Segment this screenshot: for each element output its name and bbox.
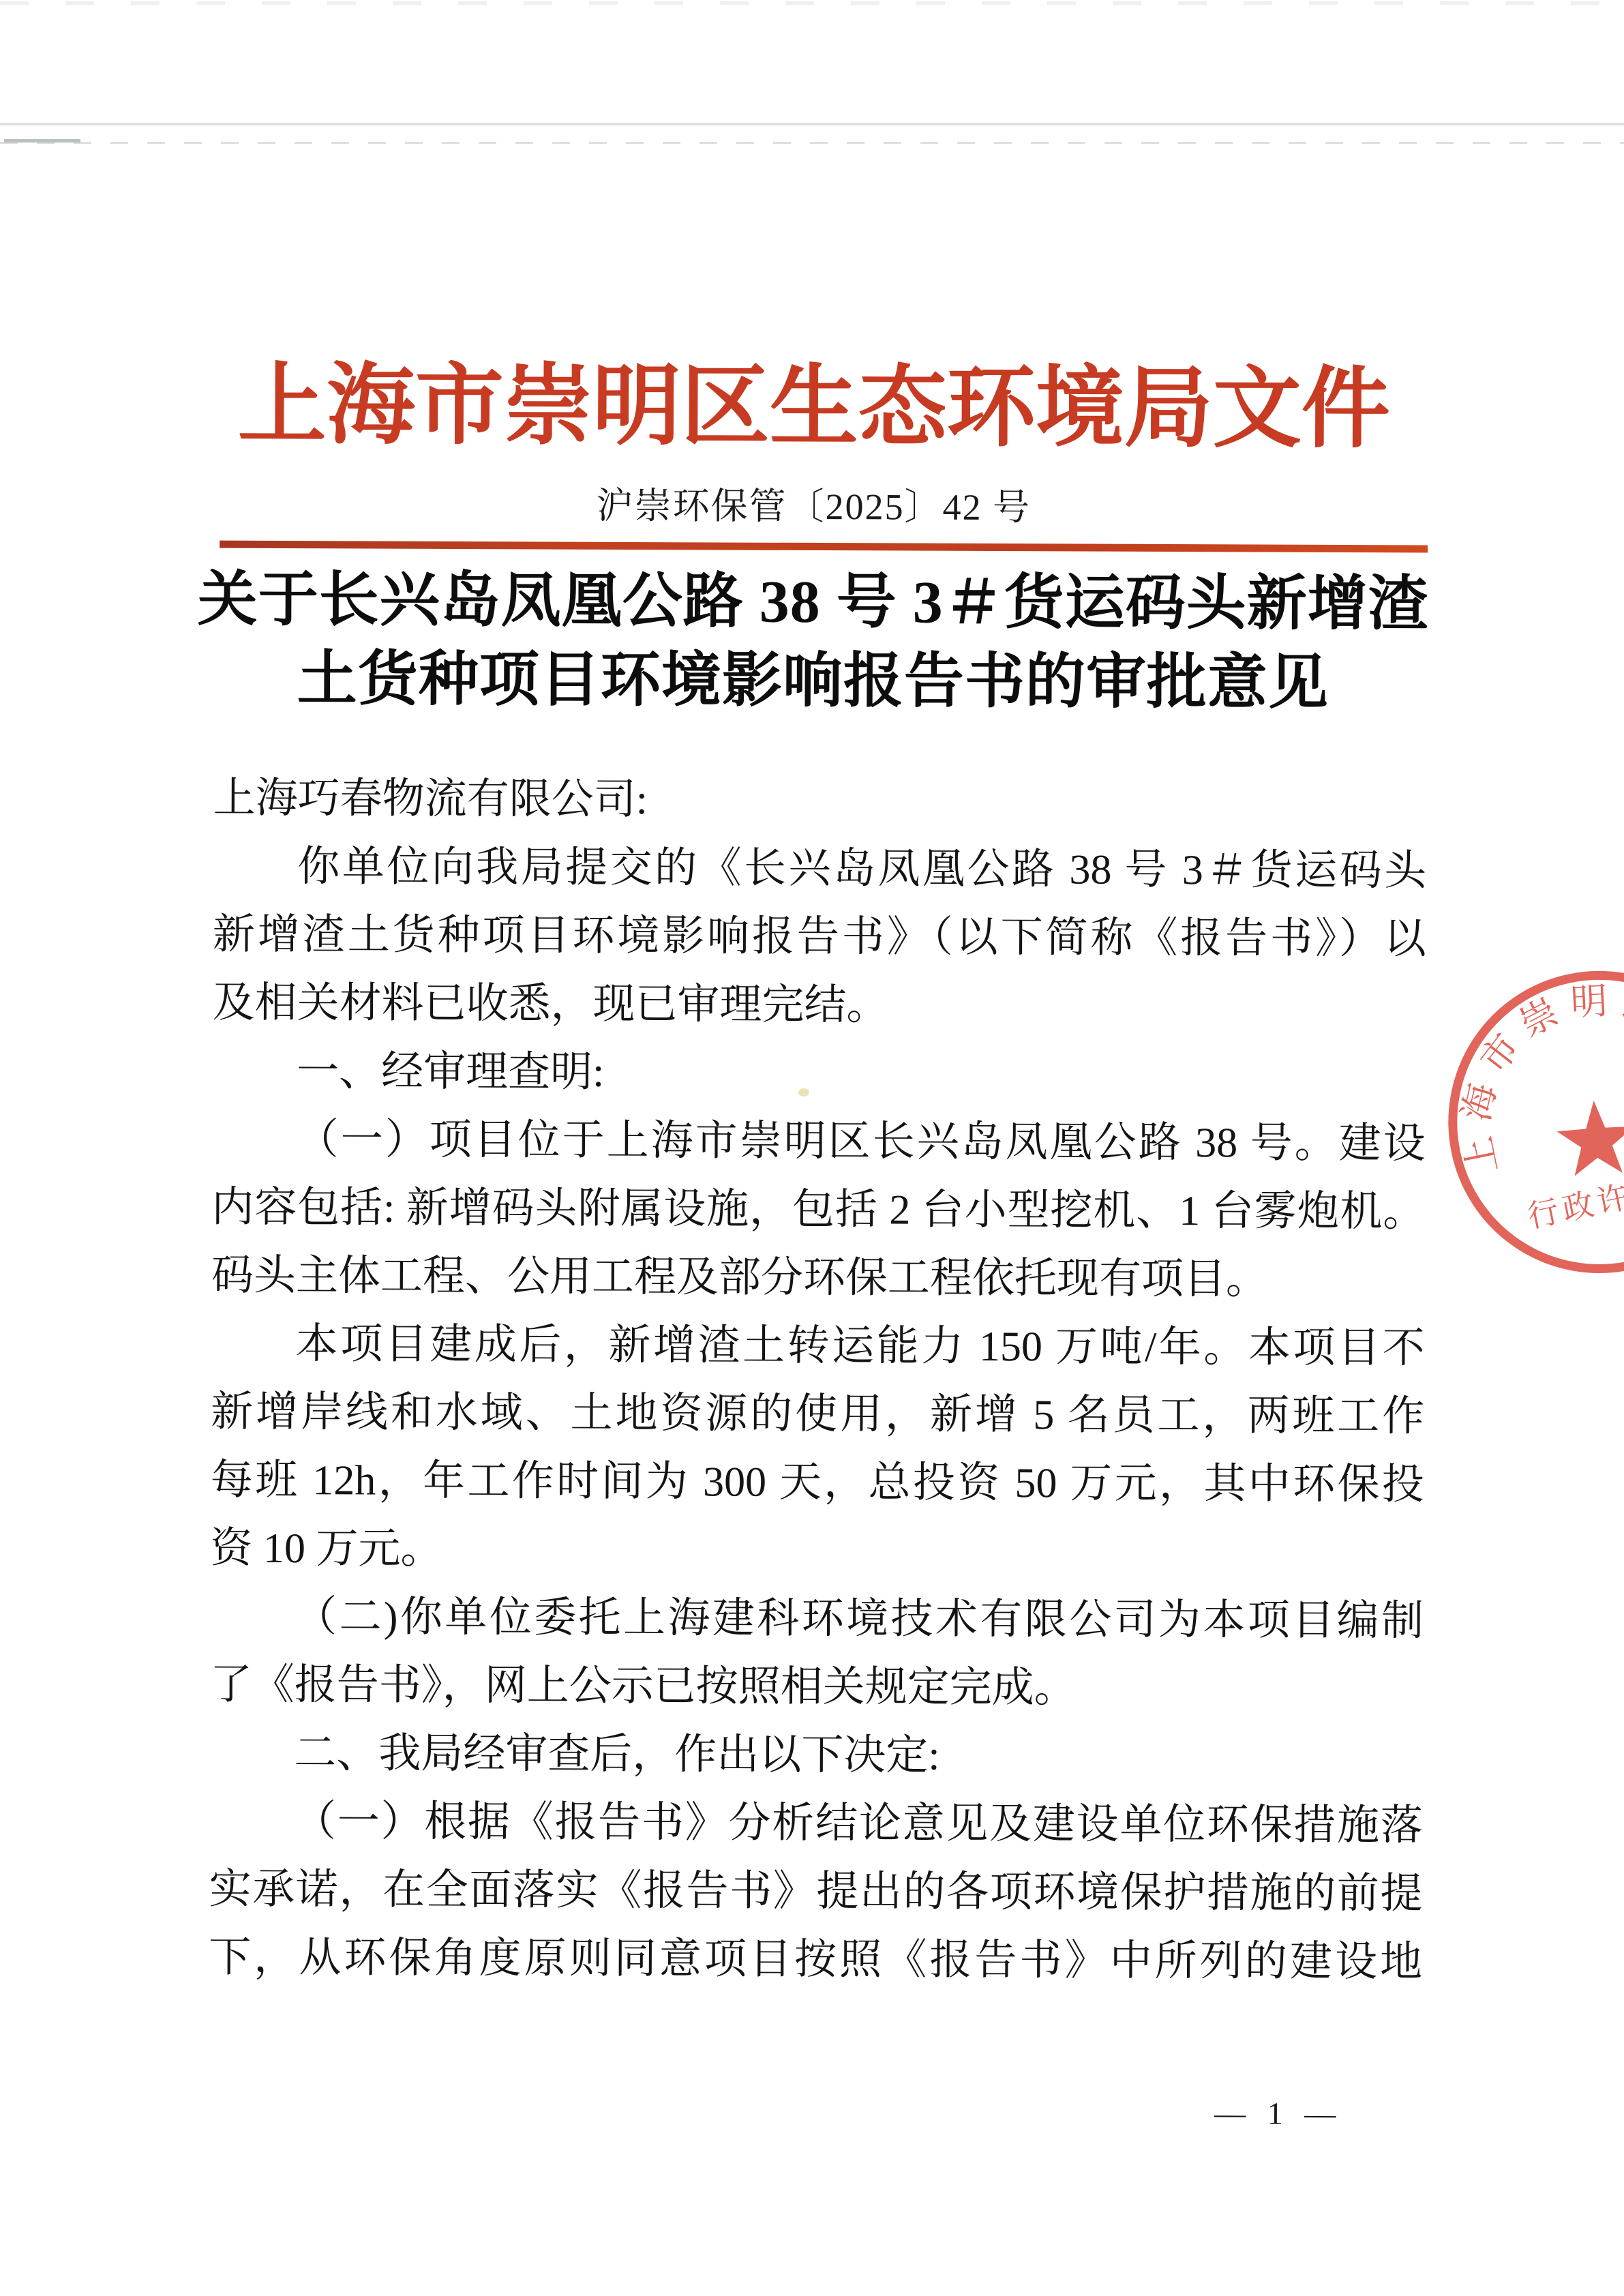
body-line: 资 10 万元。 bbox=[210, 1515, 1424, 1587]
body-line: 本项目建成后，新增渣土转运能力 150 万吨/年。本项目不 bbox=[211, 1310, 1424, 1383]
body-line: （一）根据《报告书》分析结论意见及建设单位环保措施落 bbox=[209, 1787, 1423, 1860]
body-line: 二、我局经审查后，作出以下决定: bbox=[209, 1719, 1423, 1792]
body-line: 一、经审理查明: bbox=[212, 1037, 1426, 1110]
agency-letterhead-title: 上海市崇明区生态环境局文件 bbox=[2, 332, 1624, 466]
body-line: 及相关材料已收悉，现已审理完结。 bbox=[212, 969, 1426, 1042]
document-content: 上海市崇明区生态环境局文件 沪崇环保管〔2025〕42 号 关于长兴岛凤凰公路 … bbox=[0, 0, 1624, 2296]
body-line: 新增岸线和水域、土地资源的使用，新增 5 名员工，两班工作制， bbox=[211, 1378, 1424, 1451]
page-number: — 1 — bbox=[1214, 2095, 1342, 2132]
body-line: 内容包括: 新增码头附属设施，包括 2 台小型挖机、1 台雾炮机。 bbox=[211, 1174, 1425, 1247]
star-icon bbox=[1555, 1098, 1624, 1177]
body-line: 了《报告书》，网上公示已按照相关规定完成。 bbox=[209, 1651, 1423, 1724]
body-line: （一）项目位于上海市崇明区长兴岛凤凰公路 38 号。建设 bbox=[212, 1105, 1426, 1178]
body-line: 实承诺，在全面落实《报告书》提出的各项环境保护措施的前提 bbox=[209, 1855, 1422, 1928]
body-line: 上海巧春物流有限公司: bbox=[213, 764, 1426, 837]
scanned-document-page: 上海市崇明区生态环境局文件 沪崇环保管〔2025〕42 号 关于长兴岛凤凰公路 … bbox=[0, 0, 1624, 2296]
subject-title-line-2: 土货种项目环境影响报告书的审批意见 bbox=[1, 629, 1624, 721]
subject-title-line-1: 关于长兴岛凤凰公路 38 号 3＃货运码头新增渣 bbox=[1, 550, 1624, 642]
seal-serial: （1 bbox=[1605, 1216, 1624, 1261]
body-line: 码头主体工程、公用工程及部分环保工程依托现有项目。 bbox=[211, 1242, 1425, 1315]
body-line: 下，从环保角度原则同意项目按照《报告书》中所列的建设地点、 bbox=[209, 1924, 1422, 1997]
official-seal: 上海市崇明区 行政许可审 （1 bbox=[1439, 961, 1624, 1283]
scan-speck bbox=[798, 1088, 809, 1097]
letter-body: 上海巧春物流有限公司: 你单位向我局提交的《长兴岛凤凰公路 38 号 3＃货运码… bbox=[209, 764, 1427, 1997]
body-line: 你单位向我局提交的《长兴岛凤凰公路 38 号 3＃货运码头 bbox=[213, 833, 1426, 906]
red-divider-rule bbox=[220, 541, 1428, 553]
document-reference-number: 沪崇环保管〔2025〕42 号 bbox=[1, 474, 1624, 533]
body-line: 新增渣土货种项目环境影响报告书》（以下简称《报告书》）以 bbox=[213, 901, 1426, 974]
seal-caption: 行政许可审 bbox=[1524, 1164, 1624, 1234]
body-line: 每班 12h，年工作时间为 300 天，总投资 50 万元，其中环保投 bbox=[211, 1446, 1424, 1519]
body-line: （二)你单位委托上海建科环境技术有限公司为本项目编制 bbox=[210, 1583, 1424, 1656]
